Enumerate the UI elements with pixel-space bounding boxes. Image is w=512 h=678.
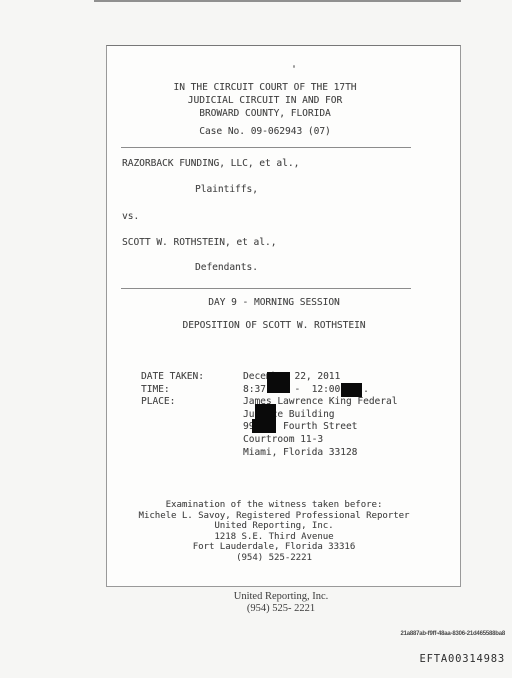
reporter-city: Fort Lauderdale, Florida 33316 — [124, 542, 424, 553]
redaction-box — [341, 383, 362, 397]
court-caption-line: IN THE CIRCUIT COURT OF THE 17TH — [115, 81, 415, 94]
caption-separator-top — [121, 147, 411, 148]
examination-line: Examination of the witness taken before: — [124, 500, 424, 511]
place-value-line: Courtroom 11-3 — [243, 434, 397, 447]
defendant-role: Defendants. — [195, 262, 258, 273]
footer-phone: (954) 525- 2221 — [156, 603, 406, 615]
reporter-address: 1218 S.E. Third Avenue — [124, 532, 424, 543]
document-page: IN THE CIRCUIT COURT OF THE 17TH JUDICIA… — [106, 45, 461, 587]
footer-company: United Reporting, Inc. — [156, 591, 406, 603]
guid-stamp: 21a887ab-f9ff-48aa-8306-21d465588ba8 — [400, 631, 505, 637]
place-value-line: Miami, Florida 33128 — [243, 447, 397, 460]
date-taken-label: DATE TAKEN: — [141, 371, 204, 384]
versus-label: vs. — [122, 211, 139, 222]
case-number: Case No. 09-062943 (07) — [115, 126, 415, 137]
caption-separator-bottom — [121, 288, 411, 289]
detail-labels: DATE TAKEN: TIME: PLACE: — [141, 371, 204, 409]
scan-speck — [293, 65, 295, 68]
redaction-box — [267, 372, 290, 393]
reporter-name: Michele L. Savoy, Registered Professiona… — [124, 511, 424, 522]
court-caption-line: BROWARD COUNTY, FLORIDA — [115, 107, 415, 120]
place-label: PLACE: — [141, 396, 204, 409]
plaintiff-name: RAZORBACK FUNDING, LLC, et al., — [122, 158, 299, 169]
scan-artifact-line — [94, 0, 461, 2]
reporter-phone: (954) 525-2221 — [124, 553, 424, 564]
court-caption: IN THE CIRCUIT COURT OF THE 17TH JUDICIA… — [115, 81, 415, 120]
court-caption-line: JUDICIAL CIRCUIT IN AND FOR — [115, 94, 415, 107]
reporter-company: United Reporting, Inc. — [124, 521, 424, 532]
session-title: DAY 9 - MORNING SESSION — [129, 297, 419, 308]
page-footer: United Reporting, Inc. (954) 525- 2221 — [156, 591, 406, 614]
redaction-box — [255, 404, 276, 419]
redaction-box — [252, 419, 276, 433]
time-label: TIME: — [141, 384, 204, 397]
bates-number: EFTA00314983 — [420, 653, 505, 665]
scan-background: IN THE CIRCUIT COURT OF THE 17TH JUDICIA… — [0, 0, 512, 678]
reporter-block: Examination of the witness taken before:… — [124, 500, 424, 563]
plaintiff-role: Plaintiffs, — [195, 184, 258, 195]
deposition-title: DEPOSITION OF SCOTT W. ROTHSTEIN — [129, 320, 419, 331]
defendant-name: SCOTT W. ROTHSTEIN, et al., — [122, 237, 276, 248]
